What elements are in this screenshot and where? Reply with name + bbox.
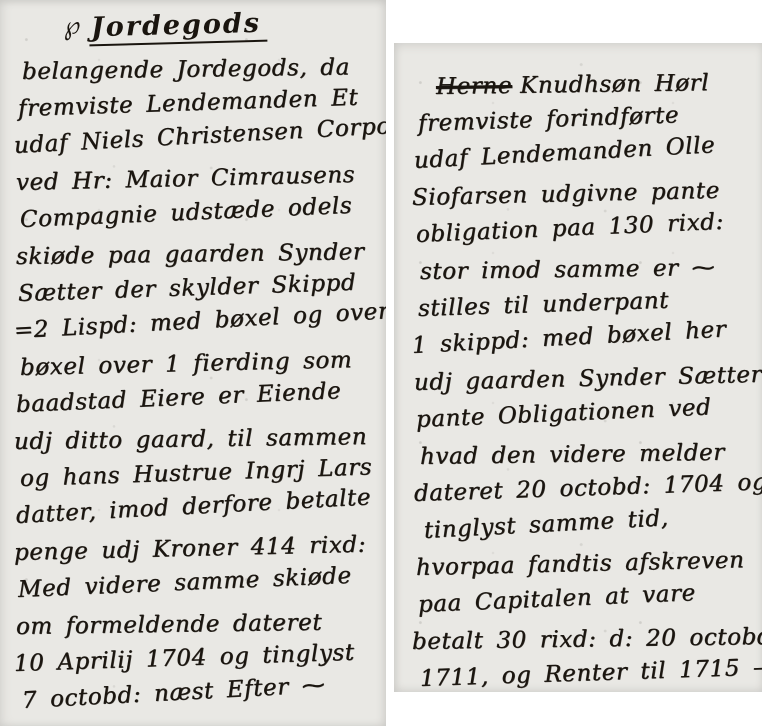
manuscript-line-text: obligation paa 130 rixd: — [415, 209, 724, 248]
manuscript-line-text: pante Obligationen ved — [415, 394, 712, 433]
manuscript-line-text: Knudhsøn Hørl — [520, 70, 710, 99]
heading-row: ℘Jordegods — [62, 10, 386, 50]
page-heading-jordegods: Jordegods — [88, 8, 267, 47]
struck-word: Herne — [436, 73, 512, 100]
manuscript-page-left: ℘Jordegods belangende Jordegods, dafremv… — [0, 0, 386, 726]
manuscript-scan: ℘Jordegods belangende Jordegods, dafremv… — [0, 0, 762, 726]
right-page-lines: HerneKnudhsøn Hørlfremviste forindførteu… — [394, 43, 762, 692]
flourish-mark-icon: ℘ — [59, 11, 81, 42]
manuscript-page-right: HerneKnudhsøn Hørlfremviste forindførteu… — [394, 43, 762, 692]
manuscript-line-text: om formeldende dateret — [16, 610, 323, 640]
manuscript-line-text: hvad den videre melder — [420, 440, 725, 470]
manuscript-line-text: stor imod samme er ⁓ — [420, 255, 716, 285]
manuscript-line-text: tinglyst samme tid, — [423, 505, 669, 544]
manuscript-line-text: 1711, og Renter til 1715 — — [420, 654, 762, 692]
manuscript-line-text: betalt 30 rixd: d: 20 octobd: — [412, 624, 762, 655]
manuscript-line-text: belangende Jordegods, da — [22, 54, 350, 85]
manuscript-line-text: paa Capitalen at vare — [417, 580, 696, 618]
manuscript-line-text: baadstad Eiere er Eiende — [15, 378, 341, 418]
left-page-lines: belangende Jordegods, dafremviste Lendem… — [0, 52, 386, 720]
